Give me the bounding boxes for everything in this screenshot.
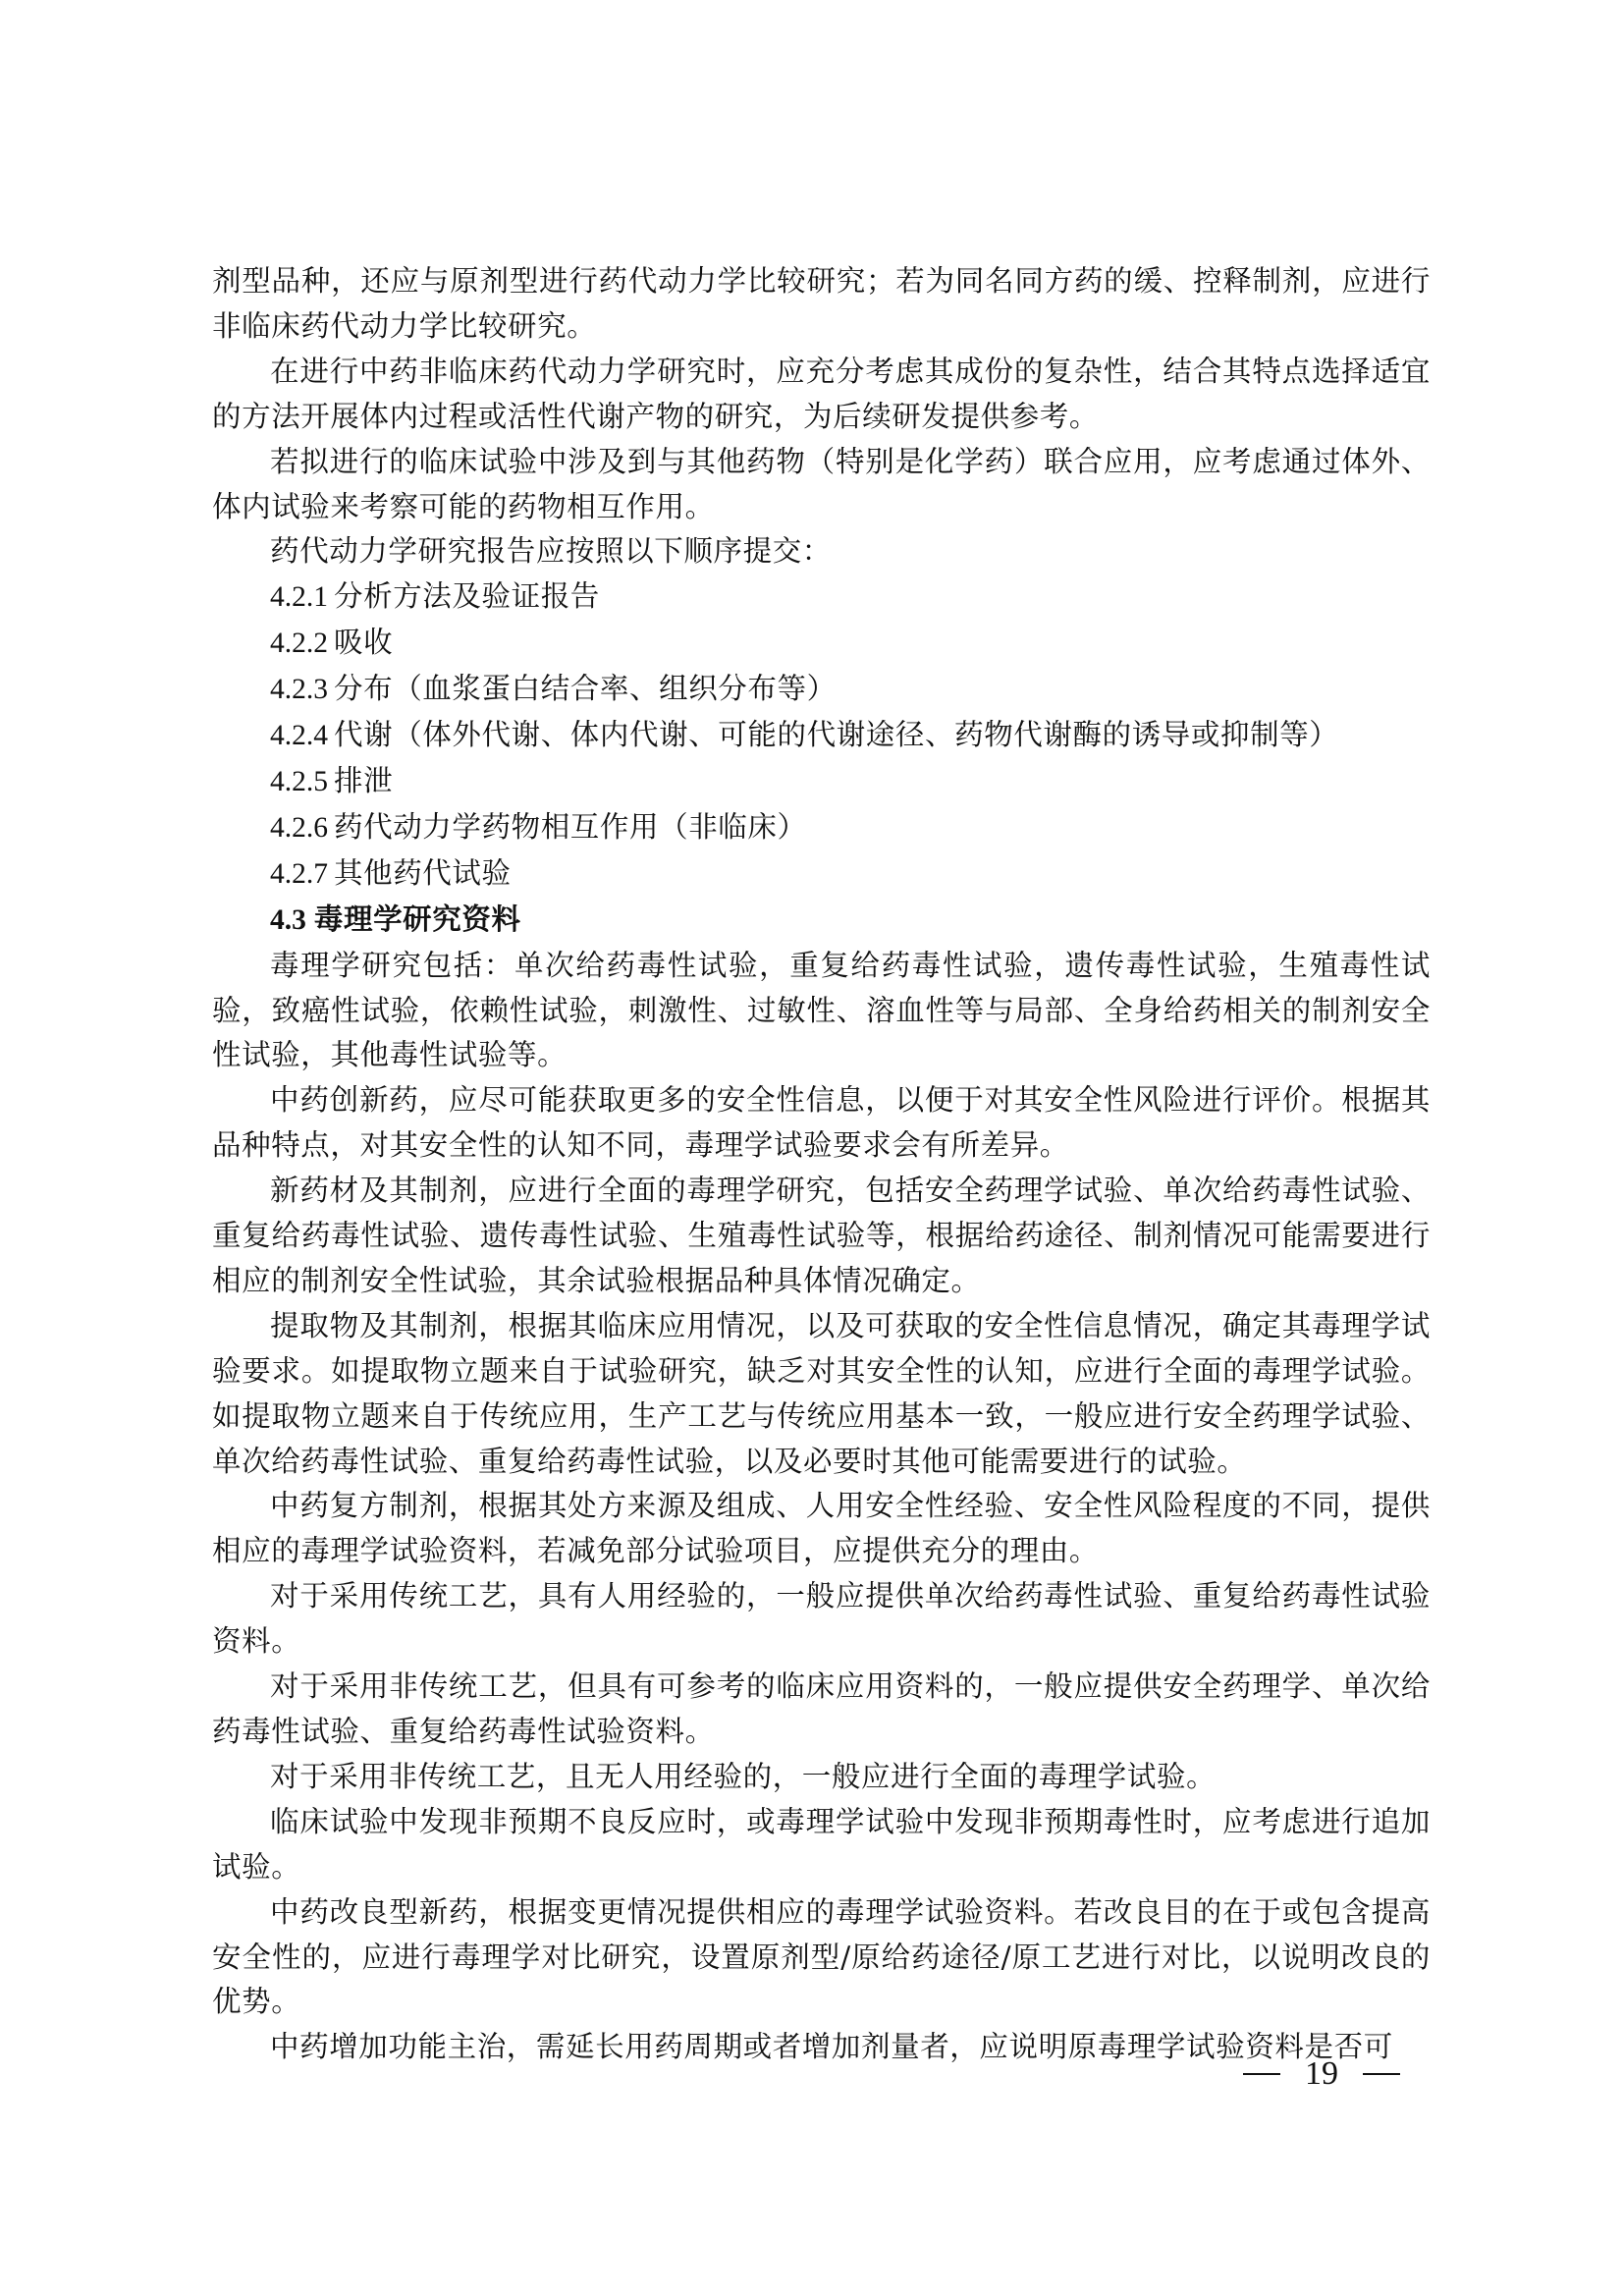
paragraph: 中药创新药，应尽可能获取更多的安全性信息，以便于对其安全性风险进行评价。根据其品…: [212, 1078, 1431, 1169]
paragraph: 临床试验中发现非预期不良反应时，或毒理学试验中发现非预期毒性时，应考虑进行追加试…: [212, 1800, 1431, 1890]
list-item-4-2-3: 4.2.3分布（血浆蛋白结合率、组织分布等）: [212, 667, 1431, 713]
heading-number: 4.3: [270, 904, 306, 936]
document-body: 剂型品种，还应与原剂型进行药代动力学比较研究；若为同名同方药的缓、控释制剂，应进…: [212, 259, 1431, 2070]
section-heading-4-3: 4.3毒理学研究资料: [212, 898, 1431, 944]
list-text: 排泄: [334, 764, 393, 797]
heading-text: 毒理学研究资料: [314, 902, 521, 936]
list-item-4-2-5: 4.2.5排泄: [212, 759, 1431, 805]
list-text: 药代动力学药物相互作用（非临床）: [334, 810, 807, 844]
list-item-4-2-6: 4.2.6药代动力学药物相互作用（非临床）: [212, 805, 1431, 851]
list-number: 4.2.6: [270, 812, 328, 844]
list-item-4-2-4: 4.2.4代谢（体外代谢、体内代谢、可能的代谢途径、药物代谢酶的诱导或抑制等）: [212, 713, 1431, 759]
list-text: 分布（血浆蛋白结合率、组织分布等）: [334, 672, 837, 705]
document-page: 剂型品种，还应与原剂型进行药代动力学比较研究；若为同名同方药的缓、控释制剂，应进…: [0, 0, 1623, 2296]
paragraph: 提取物及其制剂，根据其临床应用情况，以及可获取的安全性信息情况，确定其毒理学试验…: [212, 1304, 1431, 1485]
list-number: 4.2.5: [270, 766, 328, 797]
list-number: 4.2.7: [270, 858, 328, 890]
paragraph: 中药改良型新药，根据变更情况提供相应的毒理学试验资料。若改良目的在于或包含提高安…: [212, 1890, 1431, 2026]
page-number-value: 19: [1305, 2050, 1338, 2098]
list-text: 分析方法及验证报告: [334, 579, 600, 613]
list-text: 吸收: [334, 626, 393, 659]
paragraph: 药代动力学研究报告应按照以下顺序提交：: [212, 529, 1431, 574]
list-number: 4.2.2: [270, 628, 328, 659]
paragraph: 若拟进行的临床试验中涉及到与其他药物（特别是化学药）联合应用，应考虑通过体外、体…: [212, 440, 1431, 530]
paragraph: 对于采用非传统工艺，且无人用经验的，一般应进行全面的毒理学试验。: [212, 1755, 1431, 1800]
list-item-4-2-2: 4.2.2吸收: [212, 621, 1431, 667]
paragraph: 对于采用传统工艺，具有人用经验的，一般应提供单次给药毒性试验、重复给药毒性试验资…: [212, 1574, 1431, 1665]
page-number: 19: [1243, 2050, 1400, 2098]
list-number: 4.2.4: [270, 720, 328, 751]
dash-left: [1243, 2073, 1280, 2075]
paragraph: 毒理学研究包括：单次给药毒性试验，重复给药毒性试验，遗传毒性试验，生殖毒性试验，…: [212, 944, 1431, 1079]
paragraph: 在进行中药非临床药代动力学研究时，应充分考虑其成份的复杂性，结合其特点选择适宜的…: [212, 350, 1431, 440]
paragraph: 新药材及其制剂，应进行全面的毒理学研究，包括安全药理学试验、单次给药毒性试验、重…: [212, 1169, 1431, 1304]
list-item-4-2-7: 4.2.7其他药代试验: [212, 851, 1431, 898]
dash-right: [1363, 2073, 1400, 2075]
list-text: 代谢（体外代谢、体内代谢、可能的代谢途径、药物代谢酶的诱导或抑制等）: [334, 718, 1338, 751]
list-number: 4.2.3: [270, 674, 328, 705]
list-text: 其他药代试验: [334, 856, 512, 890]
paragraph: 剂型品种，还应与原剂型进行药代动力学比较研究；若为同名同方药的缓、控释制剂，应进…: [212, 259, 1431, 350]
list-number: 4.2.1: [270, 581, 328, 613]
list-item-4-2-1: 4.2.1分析方法及验证报告: [212, 574, 1431, 621]
paragraph: 中药复方制剂，根据其处方来源及组成、人用安全性经验、安全性风险程度的不同，提供相…: [212, 1484, 1431, 1574]
paragraph: 对于采用非传统工艺，但具有可参考的临床应用资料的，一般应提供安全药理学、单次给药…: [212, 1665, 1431, 1755]
